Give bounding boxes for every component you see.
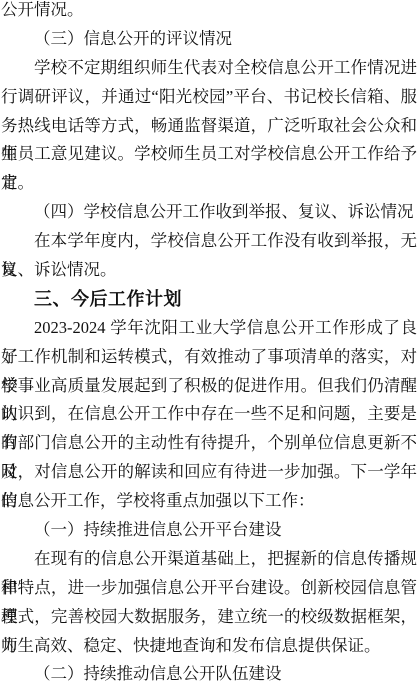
document-line: 2023-2024 学年沈阳工业大学信息公开工作形成了良好: [1, 314, 417, 343]
document-line: 时，对信息公开的解读和回应有待进一步加强。下一学年的: [1, 458, 417, 487]
document-line: 议、诉讼情况。: [1, 256, 417, 285]
document-line: 的部门信息公开的主动性有待提升，个别单位信息更新不及: [1, 429, 417, 458]
document-line: 信息公开工作，学校将重点加强以下工作：: [1, 487, 417, 516]
subsection-heading-3: （三）信息公开的评议情况: [1, 25, 417, 54]
document-line: 模式，完善校园大数据服务，建立统一的校级数据框架，为: [1, 603, 417, 632]
document-page: 公开情况。 （三）信息公开的评议情况 学校不定期组织师生代表对全校信息公开工作情…: [0, 0, 420, 691]
subsection-heading-4: （四）学校信息公开工作收到举报、复议、诉讼情况: [1, 198, 417, 227]
subsection-heading-1: （一）持续推进信息公开平台建设: [1, 516, 417, 545]
document-line: 公开情况。: [1, 0, 417, 25]
document-line: 师生高效、稳定、快捷地查询和发布信息提供保证。: [1, 632, 417, 661]
document-line: 在现有的信息公开渠道基础上，把握新的信息传播规律: [1, 545, 417, 574]
section-heading-future-plan: 三、今后工作计划: [1, 285, 417, 314]
document-line: 定。: [1, 169, 417, 198]
document-line: 学校不定期组织师生代表对全校信息公开工作情况进: [1, 54, 417, 83]
document-body-text: 公开情况。 （三）信息公开的评议情况 学校不定期组织师生代表对全校信息公开工作情…: [0, 0, 420, 689]
subsection-heading-2: （二）持续推动信息公开队伍建设: [1, 660, 417, 689]
document-line: 认识到，在信息公开工作中存在一些不足和问题，主要是有: [1, 400, 417, 429]
document-line: 和特点，进一步加强信息公开平台建设。创新校园信息管理: [1, 574, 417, 603]
document-line: 行调研评议，并通过“阳光校园”平台、书记校长信箱、服: [1, 83, 417, 112]
document-line: 生员工意见建议。学校师生员工对学校信息公开工作给予肯: [1, 140, 417, 169]
document-line: 了工作机制和运转模式，有效推动了事项清单的落实，对学: [1, 343, 417, 372]
document-line: 务热线电话等方式，畅通监督渠道，广泛听取社会公众和师: [1, 112, 417, 141]
document-line: 在本学年度内，学校信息公开工作没有收到举报，无复: [1, 227, 417, 256]
document-line: 校事业高质量发展起到了积极的促进作用。但我们仍清醒的: [1, 372, 417, 401]
